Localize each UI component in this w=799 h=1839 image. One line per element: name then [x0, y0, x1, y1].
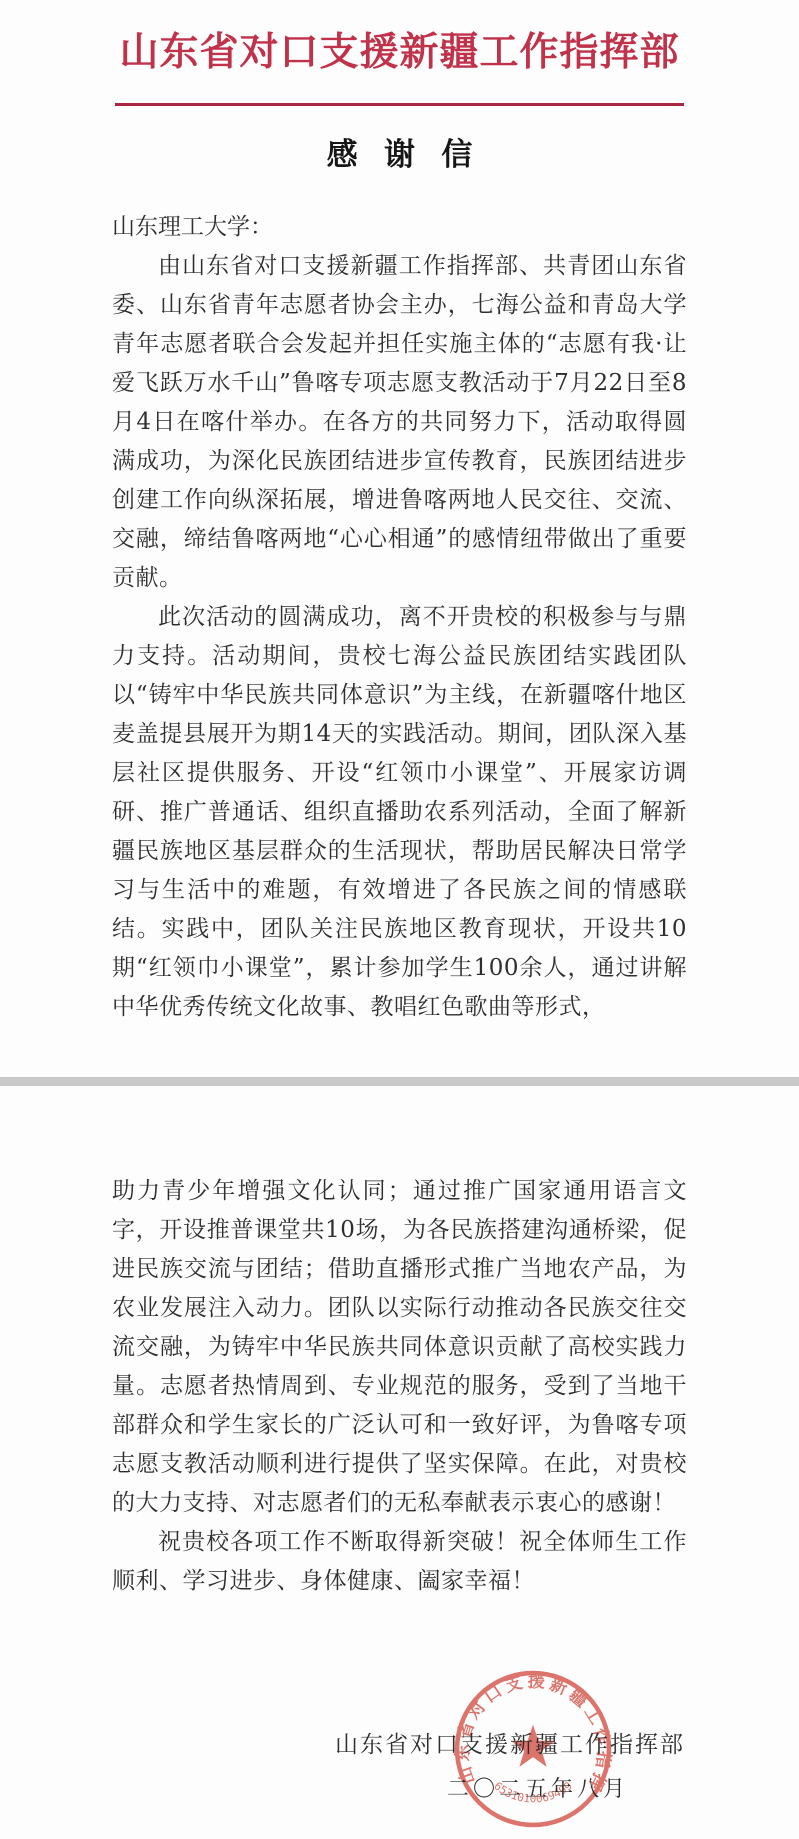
thank-you-letter-document: 山东省对口支援新疆工作指挥部 感谢信 山东理工大学： 由山东省对口支援新疆工作指…: [0, 0, 799, 1839]
body-paragraph-2-continued: 助力青少年增强文化认同；通过推广国家通用语言文字，开设推普课堂共10场，为各民族…: [112, 1172, 687, 1523]
body-paragraph-2: 此次活动的圆满成功，离不开贵校的积极参与与鼎力支持。活动期间，贵校七海公益民族团…: [112, 598, 687, 1027]
body-paragraph-1: 由山东省对口支援新疆工作指挥部、共青团山东省委、山东省青年志愿者协会主办，七海公…: [112, 247, 687, 598]
page-2: 助力青少年增强文化认同；通过推广国家通用语言文字，开设推普课堂共10场，为各民族…: [0, 1086, 799, 1839]
page-1: 山东省对口支援新疆工作指挥部 感谢信 山东理工大学： 由山东省对口支援新疆工作指…: [0, 0, 799, 1077]
body-paragraph-3: 祝贵校各项工作不断取得新突破！祝全体师生工作顺利、学习进步、身体健康、阖家幸福！: [112, 1523, 687, 1601]
signature-org: 山东省对口支援新疆工作指挥部: [335, 1726, 685, 1759]
letter-title: 感谢信: [112, 136, 687, 174]
letterhead-rule: [115, 103, 684, 106]
letterhead-org: 山东省对口支援新疆工作指挥部: [112, 26, 687, 79]
page-separator: [0, 1077, 799, 1086]
signature-date: 二〇二五年八月: [447, 1772, 629, 1803]
salutation: 山东理工大学：: [112, 208, 687, 247]
